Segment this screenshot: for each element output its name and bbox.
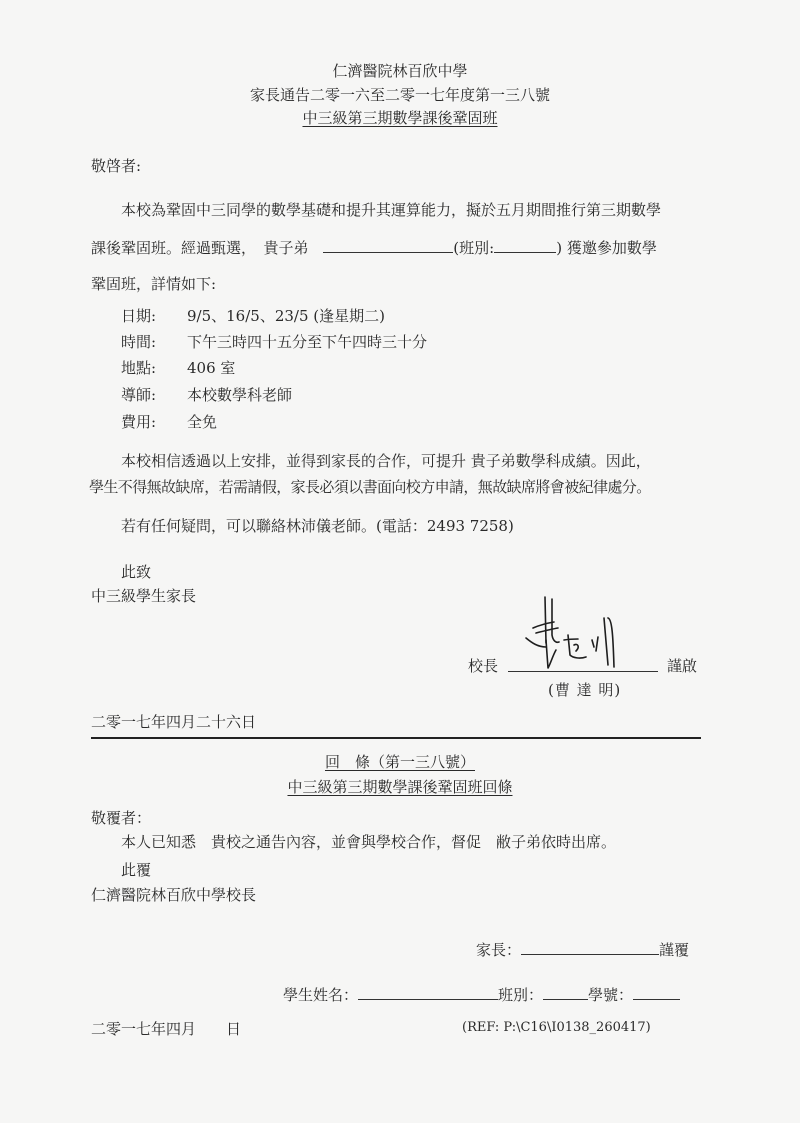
paragraph-2-line-1: 本校相信透過以上安排，並得到家長的合作，可提升 貴子弟數學科成績。因此，	[121, 450, 651, 471]
student-name-blank[interactable]	[323, 238, 453, 253]
student-name-label: 學生姓名：	[283, 986, 358, 1004]
school-name: 仁濟醫院林百欣中學	[0, 60, 800, 81]
student-info-row: 學生姓名：班別：學號：	[283, 984, 680, 1005]
selection-text: 課後鞏固班。經過甄選， 貴子弟	[91, 239, 309, 257]
reply-ci-fu: 此覆	[121, 859, 151, 880]
parent-label: 家長：	[476, 941, 521, 959]
student-name-field[interactable]	[358, 985, 498, 1000]
reply-date: 二零一七年四月 日	[91, 1018, 241, 1039]
student-no-label: 學號：	[588, 986, 633, 1004]
notice-number: 家長通告二零一六至二零一七年度第一三八號	[0, 84, 800, 105]
class-label-reply: 班別：	[498, 986, 543, 1004]
reply-subtitle: 中三級第三期數學課後鞏固班回條	[287, 778, 512, 796]
detail-label: 日期:	[121, 305, 187, 326]
detail-value: 406 室	[187, 359, 235, 377]
detail-label: 時間:	[121, 331, 187, 352]
signature-line	[508, 671, 658, 672]
class-field[interactable]	[543, 985, 588, 1000]
greeting: 敬啓者:	[91, 155, 141, 176]
paragraph-1-line-3: 鞏固班，詳情如下:	[91, 273, 216, 294]
reply-title: 回 條（第一三八號）	[325, 753, 475, 771]
student-no-field[interactable]	[633, 985, 680, 1000]
detail-row-date: 日期:9/5、16/5、23/5 (逢星期二)	[121, 305, 385, 326]
detail-row-tutor: 導師:本校數學科老師	[121, 384, 292, 405]
notice-title: 中三級第三期數學課後鞏固班	[302, 109, 497, 127]
paragraph-1-line-2: 課後鞏固班。經過甄選， 貴子弟 (班別:) 獲邀參加數學	[91, 237, 657, 258]
tear-off-divider	[91, 737, 701, 739]
detail-value: 9/5、16/5、23/5 (逢星期二)	[187, 307, 385, 325]
parent-row: 家長：謹覆	[476, 939, 689, 960]
jin-qi: 謹啟	[667, 655, 697, 676]
detail-value: 本校數學科老師	[187, 386, 292, 404]
reply-body: 本人已知悉 貴校之通告內容，並會與學校合作，督促 敝子弟依時出席。	[121, 831, 616, 852]
jin-fu: 謹覆	[659, 941, 689, 959]
principal-label: 校長	[468, 655, 498, 676]
reference-code: (REF: P:\C16\I0138_260417)	[462, 1020, 651, 1035]
paragraph-1-line-1: 本校為鞏固中三同學的數學基礎和提升其運算能力，擬於五月期間推行第三期數學	[121, 199, 661, 220]
paragraph-3-contact: 若有任何疑問，可以聯絡林沛儀老師。(電話：2493 7258)	[121, 515, 514, 536]
detail-row-time: 時間:下午三時四十五分至下午四時三十分	[121, 331, 427, 352]
parent-signature-blank[interactable]	[521, 940, 659, 955]
detail-label: 導師:	[121, 384, 187, 405]
reply-recipient: 仁濟醫院林百欣中學校長	[91, 884, 256, 905]
notice-date: 二零一七年四月二十六日	[91, 711, 256, 732]
detail-label: 費用:	[121, 411, 187, 432]
detail-value: 全免	[187, 413, 217, 431]
closing-ci-zhi: 此致	[121, 561, 151, 582]
principal-signature	[518, 595, 633, 670]
detail-value: 下午三時四十五分至下午四時三十分	[187, 333, 427, 351]
detail-row-location: 地點:406 室	[121, 357, 235, 378]
closing-recipient: 中三級學生家長	[91, 585, 196, 606]
class-label: (班別:	[453, 239, 494, 257]
reply-greeting: 敬覆者：	[91, 807, 151, 828]
detail-label: 地點:	[121, 357, 187, 378]
paragraph-2-line-2: 學生不得無故缺席，若需請假，家長必須以書面向校方申請，無故缺席將會被紀律處分。	[89, 476, 651, 497]
principal-name: (曹 達 明)	[548, 679, 621, 700]
detail-row-fee: 費用:全免	[121, 411, 217, 432]
invited-text: ) 獲邀參加數學	[556, 239, 657, 257]
class-blank[interactable]	[494, 238, 556, 253]
